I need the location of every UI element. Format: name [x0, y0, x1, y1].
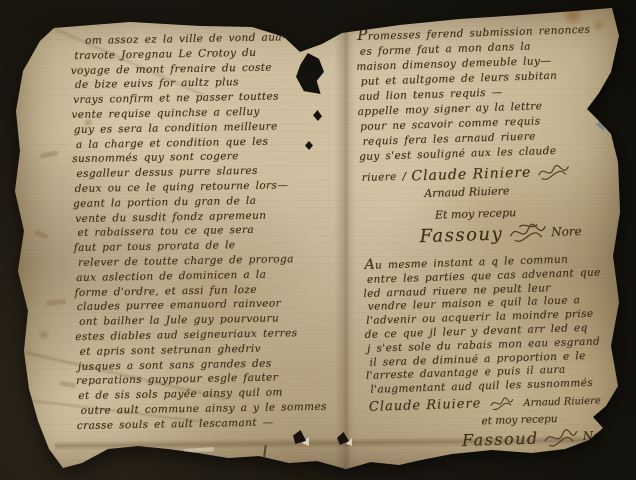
notary-signature: Fassouy [419, 226, 503, 244]
arnaud-riviere-signature: Arnaud Riuiere [523, 394, 601, 411]
right-page-paragraph-1: Promesses ferend submission renonceses f… [357, 20, 629, 165]
right-page-paragraph-2: Au mesme instant a q le communentre les … [364, 250, 636, 397]
edge-tear-mark [263, 445, 267, 457]
paper-hole [293, 430, 306, 444]
notary-title: Not [582, 429, 605, 445]
signature-paraph-icon [489, 395, 515, 412]
ink-bleedthrough-mark [40, 150, 59, 159]
notary-signature: Fassoud [462, 431, 539, 448]
manuscript-paper: om assoz ez la ville de vond aua—travote… [0, 0, 636, 480]
signature-paraph-icon [536, 161, 571, 182]
notary-paraph-icon [542, 426, 579, 449]
claude-riviere-signature: Claude Riniere [411, 165, 531, 184]
edge-tear-slit [184, 447, 214, 453]
ink-bleedthrough-mark [46, 299, 66, 306]
torn-paper-flap [302, 437, 309, 446]
paper-hole [337, 432, 349, 445]
claude-riviere-signature: Claude Riuiere [369, 396, 482, 415]
ink-bleedthrough-mark [60, 381, 77, 389]
ink-stain [36, 330, 52, 340]
archival-photo-background: om assoz ez la ville de vond aua—travote… [0, 0, 636, 480]
notary-title: Nore [551, 224, 582, 240]
left-page-text: om assoz ez la ville de vond aua—travote… [72, 29, 347, 433]
torn-paper-flap [346, 438, 352, 446]
right-page-text: Promesses ferend submission renonceses f… [357, 20, 636, 455]
ink-bleedthrough-mark [34, 230, 49, 239]
notary-paraph-icon [507, 220, 548, 245]
manuscript-line: riuere / [361, 169, 406, 185]
manuscript-sheet: om assoz ez la ville de vond aua—travote… [0, 0, 636, 480]
